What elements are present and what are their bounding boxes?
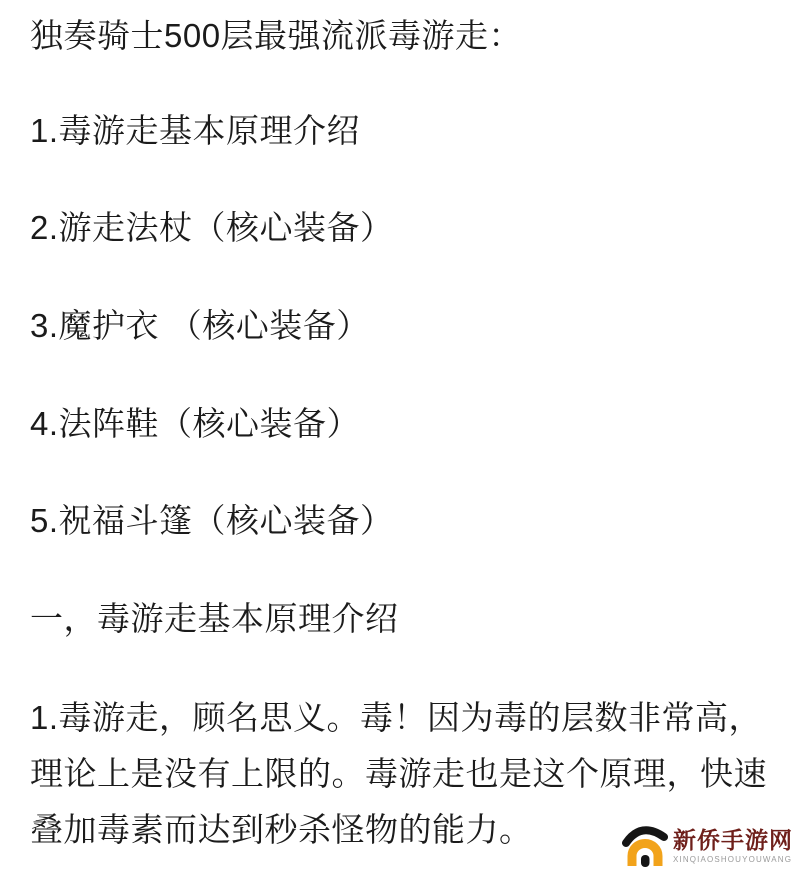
paragraph-line: 1.毒游走，顾名思义。毒！因为毒的层数非常高， <box>30 698 762 738</box>
document-title: 独奏骑士500层最强流派毒游走： <box>30 16 522 56</box>
list-item: 1.毒游走基本原理介绍 <box>30 111 360 151</box>
section-heading: 一，毒游走基本原理介绍 <box>30 599 399 639</box>
paragraph-line: 叠加毒素而达到秒杀怪物的能力。 <box>30 810 533 850</box>
house-door-shape <box>641 855 650 867</box>
list-item: 2.游走法杖（核心装备） <box>30 208 394 248</box>
list-item: 4.法阵鞋（核心装备） <box>30 404 360 444</box>
site-name: 新侨手游网 <box>673 828 793 852</box>
list-item: 5.祝福斗篷（核心装备） <box>30 501 394 541</box>
watermark-text-block: 新侨手游网 XINQIAOSHOUYOUWANG <box>673 828 793 863</box>
article-page: 独奏骑士500层最强流派毒游走： 1.毒游走基本原理介绍 2.游走法杖（核心装备… <box>0 0 800 872</box>
house-logo-icon <box>622 824 668 868</box>
paragraph-line: 理论上是没有上限的。毒游走也是这个原理，快速 <box>30 754 767 794</box>
site-watermark: 新侨手游网 XINQIAOSHOUYOUWANG <box>622 824 793 868</box>
site-slug: XINQIAOSHOUYOUWANG <box>673 855 793 864</box>
list-item: 3.魔护衣 （核心装备） <box>30 306 370 346</box>
